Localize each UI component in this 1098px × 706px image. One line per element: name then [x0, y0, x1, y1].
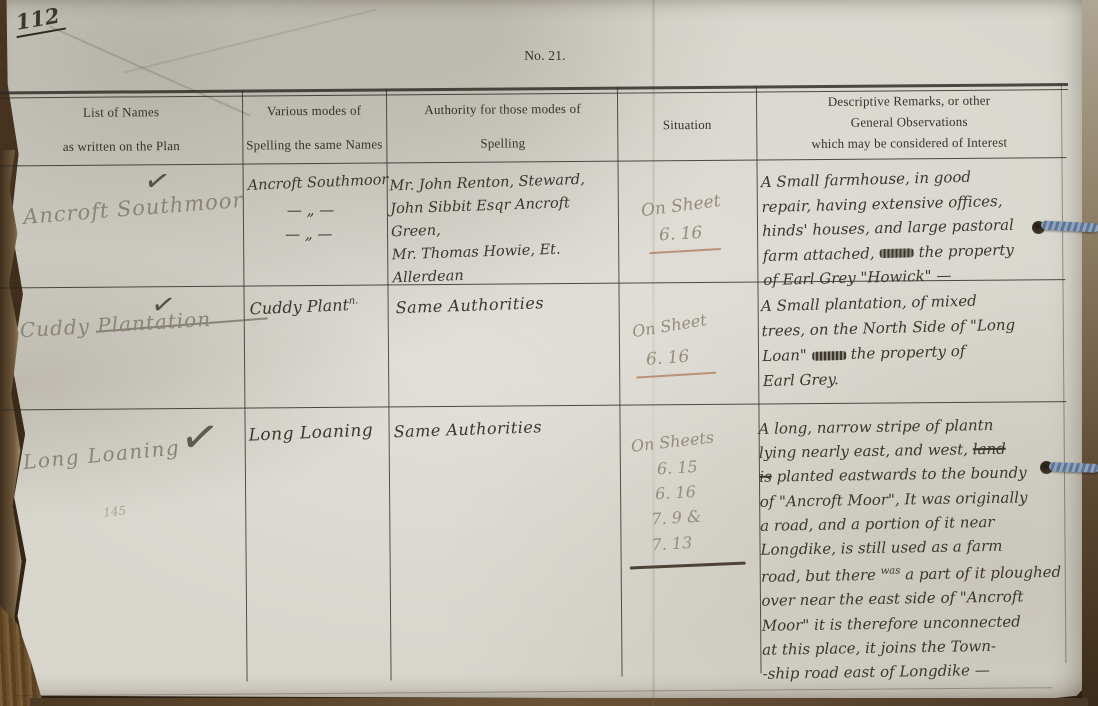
row3-situation-number4: 7. 13	[651, 533, 693, 554]
row1-spelling: Ancroft Southmoor	[247, 172, 388, 194]
binding-thread	[1049, 462, 1098, 473]
row1-remarks-line5: of Earl Grey "Howick" —	[763, 266, 951, 289]
scribbled-out-word	[879, 248, 913, 258]
row1-remarks: A Small farmhouse, in good repair, havin…	[761, 163, 1064, 293]
row3-remarks-line10: at this place, it joins the Town-	[762, 637, 996, 659]
row1-name: Ancroft Southmoor	[22, 188, 244, 229]
row1-authority: Mr. John Renton, Steward, John Sibbit Es…	[389, 168, 621, 291]
row1-spelling-ditto2: — „ —	[285, 225, 332, 243]
row3-remarks: A long, narrow stripe of plantn lying ne…	[758, 412, 1067, 686]
row3-remarks-line11: -ship road east of Longdike —	[762, 661, 989, 683]
row2-remarks-line3b: the property of	[851, 342, 966, 363]
row3-remarks-line6: Longdike, is still used as a farm	[760, 537, 1002, 559]
row3-situation-sheets: On Sheets	[630, 428, 715, 456]
header-situation: Situation	[619, 117, 755, 134]
header-remarks-line1: Descriptive Remarks, or other	[760, 92, 1058, 110]
row2-authority: Same Authorities	[395, 293, 544, 317]
row1-authority-line2: John Sibbit Esqr Ancroft Green,	[390, 195, 570, 240]
row2-situation-number: 6. 16	[645, 347, 690, 370]
header-authority: Authority for those modes of Spelling	[390, 101, 615, 153]
row1-situation-number: 6. 16	[659, 223, 703, 246]
row3-remarks-line4: of "Ancroft Moor", It was originally	[760, 488, 1028, 510]
row2-separator	[0, 401, 1066, 410]
row3-remarks-line3b: planted eastwards to the boundy	[776, 464, 1026, 486]
row3-remarks-line2a: lying nearly east, and west,	[759, 441, 968, 462]
row2-situation-sheet: On Sheet	[631, 310, 708, 341]
row3-situation-number1: 6. 15	[656, 457, 698, 478]
header-names-line2: as written on the Plan	[4, 138, 238, 156]
header-remarks-line2: General Observations	[760, 113, 1058, 131]
scribbled-out-word	[812, 350, 846, 360]
row2-remarks-line2: trees, on the North Side of "Long	[761, 316, 1015, 340]
situation-underline	[649, 248, 721, 254]
row1-remarks-line1: A Small farmhouse, in good	[761, 168, 972, 191]
record-table: List of Names as written on the Plan Var…	[0, 0, 1098, 706]
row1-spelling-ditto1: — „ —	[287, 201, 334, 219]
header-spelling: Various modes of Spelling the same Names	[244, 102, 384, 153]
row1-situation-sheet: On Sheet	[640, 191, 722, 221]
row3-remarks-line1: A long, narrow stripe of plantn	[758, 416, 993, 438]
row2-remarks: A Small plantation, of mixed trees, on t…	[761, 287, 1063, 395]
header-remarks-line3: which may be considered of Interest	[760, 134, 1058, 152]
header-authority-line2: Spelling	[390, 135, 615, 153]
row3-name: Long Loaning	[22, 435, 181, 474]
row3-faint-note: 145	[103, 503, 127, 519]
situation-bottom-stroke	[630, 562, 746, 569]
header-names: List of Names as written on the Plan	[4, 104, 238, 156]
header-authority-line1: Authority for those modes of	[390, 101, 615, 119]
row1-authority-line3: Mr. Thomas Howie, Et. Allerdean	[392, 242, 561, 287]
situation-underline	[636, 372, 716, 379]
row3-situation-number2: 6. 16	[655, 482, 697, 503]
header-remarks: Descriptive Remarks, or other General Ob…	[760, 92, 1058, 152]
tick-mark: ✓	[176, 407, 223, 467]
row3-remarks-line7a: road, but there	[761, 566, 876, 586]
row3-remarks-line5: a road, and a portion of it near	[760, 513, 995, 535]
header-spelling-line2: Spelling the same Names	[244, 136, 384, 153]
row1-remarks-line4a: farm attached,	[762, 244, 874, 265]
row1-remarks-line4b: the property	[918, 240, 1014, 260]
row2-spelling-base: Cuddy Plant	[249, 295, 349, 318]
struck-word: is	[759, 468, 772, 486]
row1-remarks-line2: repair, having extensive offices,	[761, 191, 1002, 215]
row3-remarks-line8: over near the east side of "Ancroft	[761, 588, 1023, 610]
row1-remarks-line3: hinds' houses, and large pastoral	[762, 216, 1014, 240]
row3-authority: Same Authorities	[393, 417, 542, 441]
struck-word: land	[973, 440, 1006, 459]
row2-remarks-line3a: Loan"	[762, 346, 807, 365]
col-rule-3	[617, 87, 623, 677]
row3-situation-number3: 7. 9 &	[651, 507, 702, 529]
header-names-line1: List of Names	[4, 104, 238, 122]
row2-remarks-line1: A Small plantation, of mixed	[761, 292, 977, 315]
row1-authority-line1: Mr. John Renton, Steward,	[389, 172, 585, 195]
row3-remarks-line7b: a part of it ploughed	[905, 563, 1061, 584]
row2-spelling: Cuddy Plantn.	[249, 295, 359, 319]
row3-remarks-line9: Moor" it is therefore unconnected	[762, 612, 1021, 634]
inserted-word: was	[881, 566, 901, 577]
header-spelling-line1: Various modes of	[244, 102, 384, 119]
row3-spelling: Long Loaning	[248, 420, 373, 445]
row2-remarks-line4: Earl Grey.	[763, 370, 839, 390]
table-bottom-rule	[13, 687, 1053, 696]
row2-name: Cuddy Plantation	[19, 307, 212, 342]
row2-spelling-superscript: n.	[349, 295, 359, 306]
